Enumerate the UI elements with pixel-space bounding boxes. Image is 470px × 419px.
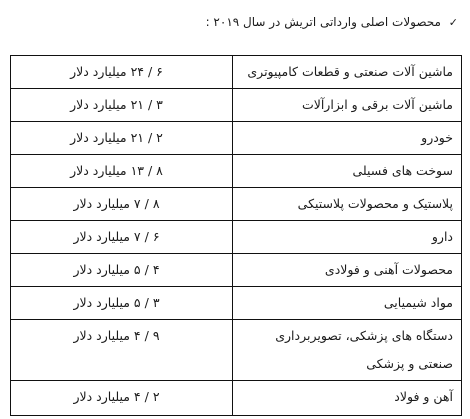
value-cell: ۳ / ۵ میلیارد دلار — [11, 287, 233, 320]
value-cell: ۲ / ۲۱ میلیارد دلار — [11, 122, 233, 155]
product-cell: دارو — [233, 221, 462, 254]
imports-table: ۶ / ۲۴ میلیارد دلار ماشین آلات صنعتی و ق… — [10, 55, 462, 416]
product-cell: خودرو — [233, 122, 462, 155]
product-cell: ماشین آلات صنعتی و قطعات کامپیوتری — [233, 56, 462, 89]
product-cell: دستگاه های پزشکی، تصویربرداری صنعتی و پز… — [233, 320, 462, 381]
table-row: ۸ / ۱۳ میلیارد دلار سوخت های فسیلی — [11, 155, 462, 188]
checkmark-icon: ✓ — [449, 16, 458, 29]
table-row: ۳ / ۵ میلیارد دلار مواد شیمیایی — [11, 287, 462, 320]
table-row: ۹ / ۴ میلیارد دلار دستگاه های پزشکی، تصو… — [11, 320, 462, 381]
value-cell: ۳ / ۲۱ میلیارد دلار — [11, 89, 233, 122]
table-row: ۲ / ۲۱ میلیارد دلار خودرو — [11, 122, 462, 155]
table-row: ۶ / ۷ میلیارد دلار دارو — [11, 221, 462, 254]
value-cell: ۲ / ۴ میلیارد دلار — [11, 381, 233, 416]
value-cell: ۹ / ۴ میلیارد دلار — [11, 320, 233, 381]
value-cell: ۶ / ۷ میلیارد دلار — [11, 221, 233, 254]
table-row: ۴ / ۵ میلیارد دلار محصولات آهنی و فولادی — [11, 254, 462, 287]
product-cell: سوخت های فسیلی — [233, 155, 462, 188]
product-cell: پلاستیک و محصولات پلاستیکی — [233, 188, 462, 221]
page-title: محصولات اصلی وارداتی اتریش در سال ۲۰۱۹ : — [206, 15, 441, 29]
value-cell: ۸ / ۷ میلیارد دلار — [11, 188, 233, 221]
document-title-row: ✓ محصولات اصلی وارداتی اتریش در سال ۲۰۱۹… — [10, 13, 458, 32]
table-row: ۳ / ۲۱ میلیارد دلار ماشین آلات برقی و اب… — [11, 89, 462, 122]
product-cell: ماشین آلات برقی و ابزارآلات — [233, 89, 462, 122]
value-cell: ۸ / ۱۳ میلیارد دلار — [11, 155, 233, 188]
product-cell: مواد شیمیایی — [233, 287, 462, 320]
table-row: ۶ / ۲۴ میلیارد دلار ماشین آلات صنعتی و ق… — [11, 56, 462, 89]
table-row: ۸ / ۷ میلیارد دلار پلاستیک و محصولات پلا… — [11, 188, 462, 221]
product-cell: محصولات آهنی و فولادی — [233, 254, 462, 287]
value-cell: ۴ / ۵ میلیارد دلار — [11, 254, 233, 287]
table-row: ۲ / ۴ میلیارد دلار آهن و فولاد — [11, 381, 462, 416]
value-cell: ۶ / ۲۴ میلیارد دلار — [11, 56, 233, 89]
product-cell: آهن و فولاد — [233, 381, 462, 416]
